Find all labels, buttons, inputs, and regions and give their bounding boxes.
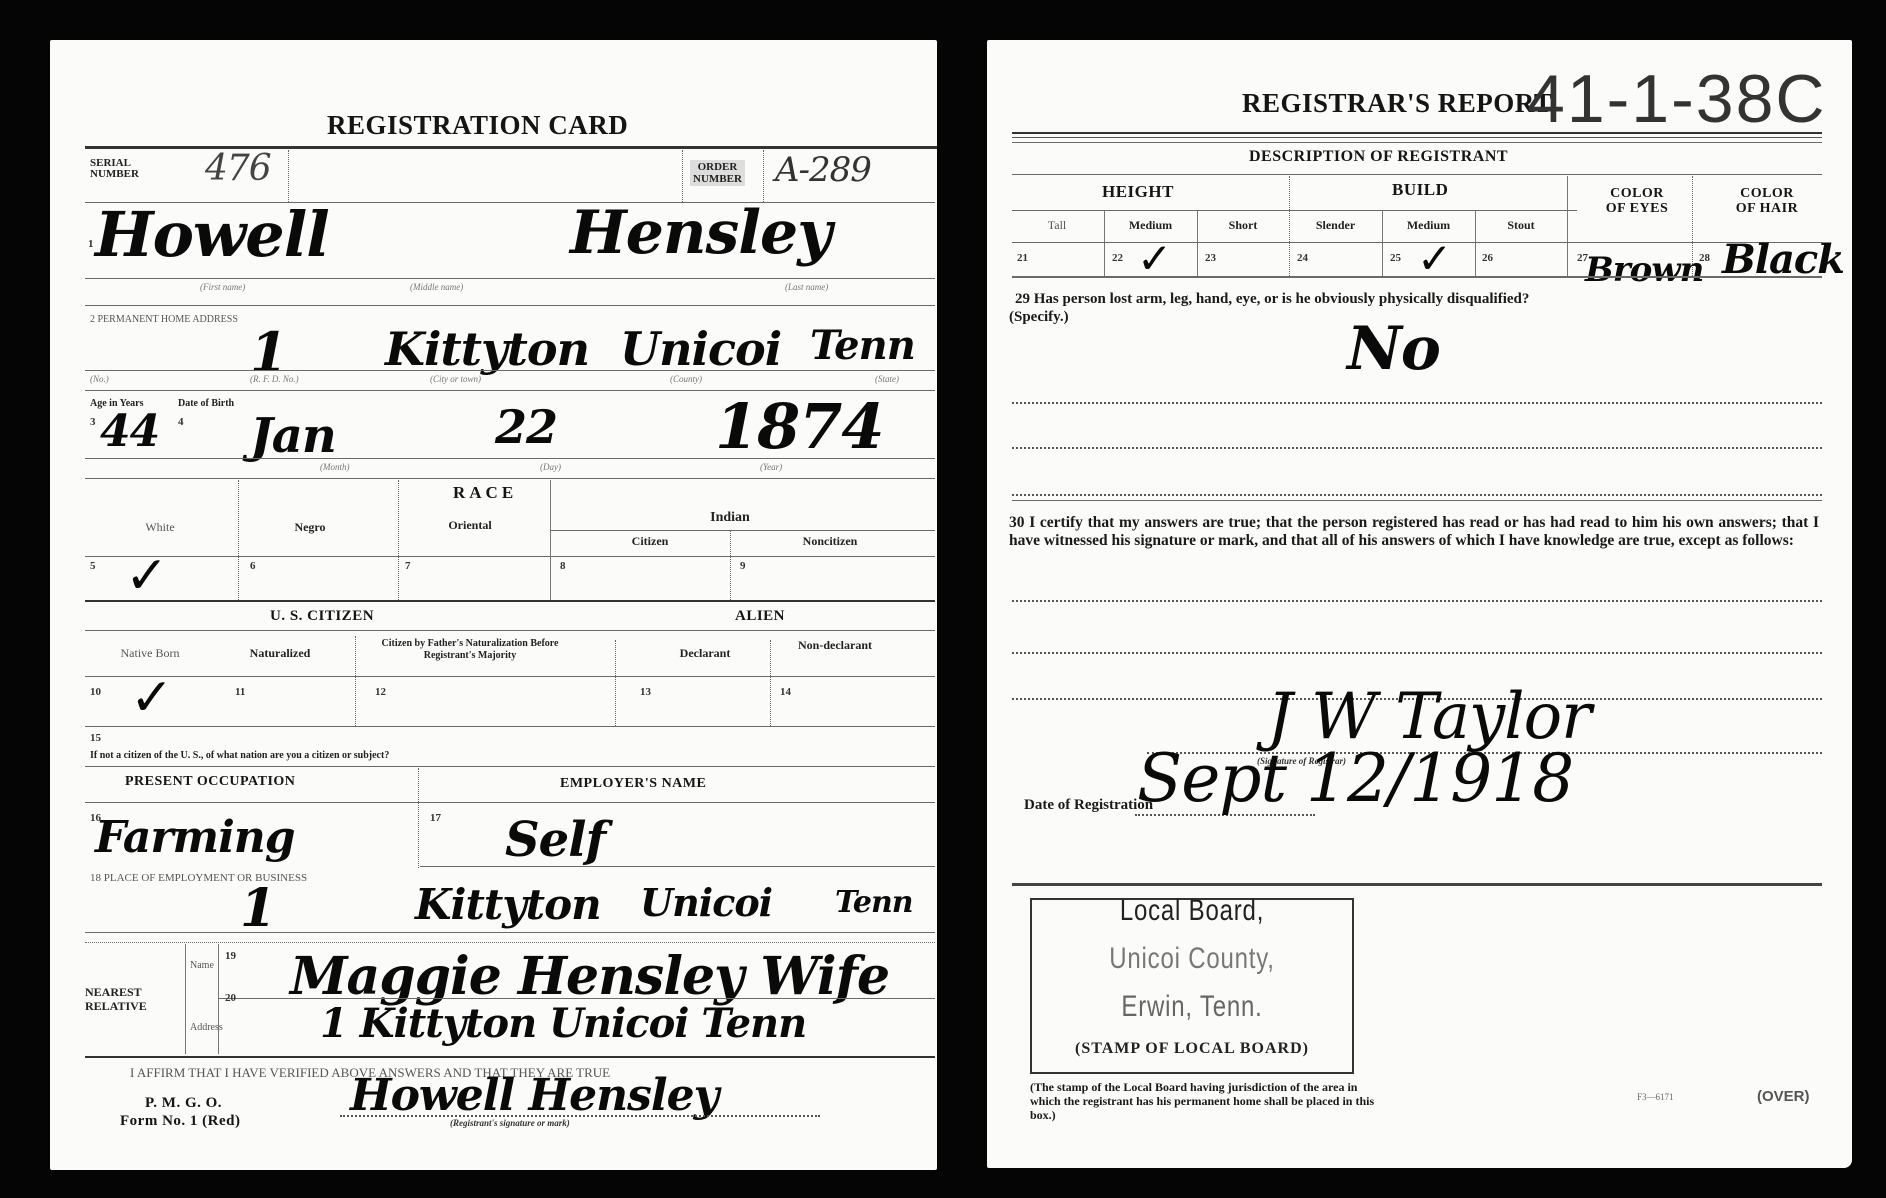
field-number: 26 — [1482, 252, 1493, 264]
row-rule — [85, 556, 935, 557]
field-number: 4 — [178, 416, 184, 428]
date-of-registration-label: Date of Registration — [1024, 796, 1153, 814]
field-number: 24 — [1297, 252, 1308, 264]
place-state-value: Tenn — [835, 885, 913, 920]
divider — [418, 768, 419, 868]
nationality-label: If not a citizen of the U. S., of what n… — [90, 750, 389, 761]
serial-number-label: SERIALNUMBER — [90, 158, 139, 180]
sub-label: (County) — [670, 374, 702, 384]
row-rule — [85, 305, 935, 306]
citizen-col-native-born: Native Born — [90, 646, 210, 661]
relative-address-value: 1 Kittyton Unicoi Tenn — [320, 1000, 806, 1047]
answer-line — [1012, 652, 1822, 654]
stamp-caption: (STAMP OF LOCAL BOARD) — [1032, 1040, 1352, 1058]
divider — [185, 944, 186, 1054]
build-col-medium: Medium — [1382, 218, 1475, 233]
height-col-tall: Tall — [1012, 218, 1102, 233]
stamp-instruction-note: (The stamp of the Local Board having jur… — [1030, 1080, 1390, 1122]
sub-label: (Month) — [320, 462, 350, 472]
sub-label: (State) — [875, 374, 899, 384]
report-title: REGISTRAR'S REPORT — [1242, 88, 1552, 119]
eye-color-value: Brown — [1585, 250, 1703, 290]
sub-label: (Last name) — [785, 282, 828, 292]
divider — [398, 480, 399, 600]
question-29-specify: (Specify.) — [1009, 308, 1069, 326]
first-name-value: Howell — [95, 198, 329, 271]
row-rule — [85, 932, 935, 933]
over-label: (OVER) — [1757, 1088, 1810, 1105]
check-mark-icon: ✓ — [130, 672, 174, 724]
row-rule — [85, 726, 935, 727]
place-rfd-value: 1 — [240, 878, 275, 939]
row-rule — [550, 530, 935, 531]
row-rule — [1012, 210, 1577, 211]
build-col-slender: Slender — [1289, 218, 1382, 233]
form-id-line-1: P. M. G. O. — [145, 1095, 222, 1112]
registrars-report-card: REGISTRAR'S REPORT 41-1-38C DESCRIPTION … — [987, 40, 1852, 1168]
field-number: 23 — [1205, 252, 1216, 264]
row-rule — [85, 676, 935, 677]
question-30-text: 30 I certify that my answers are true; t… — [1009, 514, 1819, 550]
question-29-text: 29 Has person lost arm, leg, hand, eye, … — [1015, 290, 1529, 308]
sub-label: (No.) — [90, 374, 109, 384]
date-of-registration-value: Sept 12/1918 — [1137, 740, 1573, 817]
sub-label: (City or town) — [430, 374, 481, 384]
field-number: 3 — [90, 416, 96, 428]
divider — [288, 150, 289, 202]
signature-line — [340, 1115, 820, 1117]
dob-day-value: 22 — [495, 400, 557, 454]
race-col-indian-noncitizen: Noncitizen — [770, 534, 890, 549]
row-rule — [420, 866, 935, 867]
file-number-stamp: 41-1-38C — [1527, 60, 1827, 138]
answer-line — [1012, 447, 1822, 449]
citizen-col-by-father: Citizen by Father's Naturalization Befor… — [370, 638, 570, 662]
stamp-line-2: Unicoi County, — [1064, 942, 1320, 976]
last-name-value: Hensley — [570, 198, 831, 268]
divider — [730, 530, 731, 600]
race-col-oriental: Oriental — [420, 518, 520, 533]
divider — [355, 636, 356, 726]
section-rule — [85, 600, 935, 602]
row-rule — [85, 278, 935, 279]
card-title: REGISTRATION CARD — [327, 110, 628, 141]
occupation-value: Farming — [95, 812, 295, 863]
dob-month-value: Jan — [250, 408, 336, 464]
row-rule — [85, 802, 935, 803]
row-rule — [85, 766, 935, 767]
home-address-label: 2 PERMANENT HOME ADDRESS — [90, 314, 238, 325]
field-number: 1 — [88, 238, 94, 250]
field-number: 22 — [1112, 252, 1123, 264]
answer-line — [1012, 494, 1822, 496]
alien-title: ALIEN — [735, 608, 785, 625]
citizen-col-naturalized: Naturalized — [215, 646, 345, 661]
age-value: 44 — [100, 406, 159, 457]
answer-line — [1012, 600, 1822, 602]
stamp-line-3: Erwin, Tenn. — [1064, 990, 1320, 1024]
us-citizen-title: U. S. CITIZEN — [270, 608, 374, 625]
nearest-relative-label: NEARESTRELATIVE — [85, 985, 147, 1013]
field-number: 5 — [90, 560, 96, 572]
field-number: 19 — [225, 950, 236, 962]
row-rule — [1012, 174, 1822, 175]
sub-label: (R. F. D. No.) — [250, 374, 299, 384]
section-rule — [85, 1056, 935, 1058]
field-number: 9 — [740, 560, 746, 572]
employer-label: EMPLOYER'S NAME — [560, 776, 706, 792]
order-number-label: ORDERNUMBER — [690, 160, 745, 186]
form-id-line-2: Form No. 1 (Red) — [120, 1113, 240, 1130]
eye-color-title: COLOROF EYES — [1582, 186, 1692, 216]
divider — [238, 480, 239, 600]
occupation-label: PRESENT OCCUPATION — [125, 774, 295, 790]
alien-col-non-declarant: Non-declarant — [795, 638, 875, 652]
height-title: HEIGHT — [1102, 182, 1174, 202]
sub-label: (Year) — [760, 462, 782, 472]
field-number: 15 — [90, 732, 101, 744]
build-title: BUILD — [1392, 180, 1448, 200]
stamp-line-1: Local Board, — [1064, 894, 1320, 928]
row-rule — [85, 370, 935, 371]
relative-name-label: Name — [190, 960, 214, 971]
row-rule — [85, 630, 935, 631]
registration-card: REGISTRATION CARD SERIALNUMBER 476 ORDER… — [50, 40, 937, 1170]
field-number: 11 — [235, 686, 245, 698]
check-mark-icon: ✓ — [1137, 238, 1172, 280]
employer-value: Self — [505, 812, 605, 868]
divider — [218, 944, 219, 1054]
serial-number-value: 476 — [205, 148, 271, 189]
hair-color-title: COLOROF HAIR — [1712, 186, 1822, 216]
sub-label: (Day) — [540, 462, 561, 472]
check-mark-icon: ✓ — [125, 550, 169, 602]
dob-year-value: 1874 — [715, 390, 884, 463]
title-rule — [1012, 142, 1822, 143]
race-col-negro: Negro — [260, 520, 360, 535]
divider — [1567, 176, 1568, 276]
race-col-white: White — [110, 520, 210, 535]
height-col-short: Short — [1197, 218, 1289, 233]
signature-label: (Registrant's signature or mark) — [450, 1118, 570, 1128]
title-rule — [1012, 132, 1822, 138]
dob-label: Date of Birth — [178, 398, 234, 409]
row-rule — [218, 998, 935, 999]
place-county-value: Unicoi — [640, 880, 772, 925]
field-number: 13 — [640, 686, 651, 698]
row-rule — [85, 942, 935, 943]
row-rule — [1012, 276, 1822, 278]
question-29-answer: No — [1347, 314, 1440, 384]
field-number: 8 — [560, 560, 566, 572]
row-rule — [85, 458, 935, 459]
field-number: 20 — [225, 992, 236, 1004]
build-col-stout: Stout — [1475, 218, 1567, 233]
divider — [682, 150, 683, 202]
print-code: F3—6171 — [1637, 1092, 1674, 1102]
alien-col-declarant: Declarant — [650, 646, 760, 661]
race-indian-title: Indian — [680, 510, 780, 526]
divider — [615, 640, 616, 726]
race-col-indian-citizen: Citizen — [590, 534, 710, 549]
sub-label: (Middle name) — [410, 282, 463, 292]
race-title: RACE — [453, 483, 517, 503]
local-board-stamp-box: Local Board, Unicoi County, Erwin, Tenn.… — [1030, 898, 1354, 1074]
field-number: 7 — [405, 560, 411, 572]
field-number: 17 — [430, 812, 441, 824]
divider — [550, 480, 551, 600]
sub-label: (First name) — [200, 282, 245, 292]
field-number: 12 — [375, 686, 386, 698]
section-rule — [1012, 883, 1822, 886]
field-number: 14 — [780, 686, 791, 698]
address-city-value: Kittyton — [385, 322, 589, 376]
description-title: DESCRIPTION OF REGISTRANT — [1249, 148, 1508, 166]
address-state-value: Tenn — [810, 322, 915, 369]
order-number-value: A-289 — [775, 150, 871, 190]
place-city-value: Kittyton — [415, 880, 601, 929]
check-mark-icon: ✓ — [1417, 238, 1452, 280]
row-rule — [85, 478, 935, 479]
field-number: 6 — [250, 560, 256, 572]
registrant-signature: Howell Hensley — [350, 1070, 718, 1121]
field-number: 10 — [90, 686, 101, 698]
height-col-medium: Medium — [1104, 218, 1197, 233]
divider — [770, 640, 771, 726]
field-number: 25 — [1390, 252, 1401, 264]
relative-address-label: Address — [190, 1022, 223, 1033]
address-county-value: Unicoi — [620, 322, 781, 376]
field-number: 21 — [1017, 252, 1028, 264]
row-rule — [1012, 500, 1822, 501]
answer-line — [1012, 402, 1822, 404]
divider — [763, 150, 764, 202]
